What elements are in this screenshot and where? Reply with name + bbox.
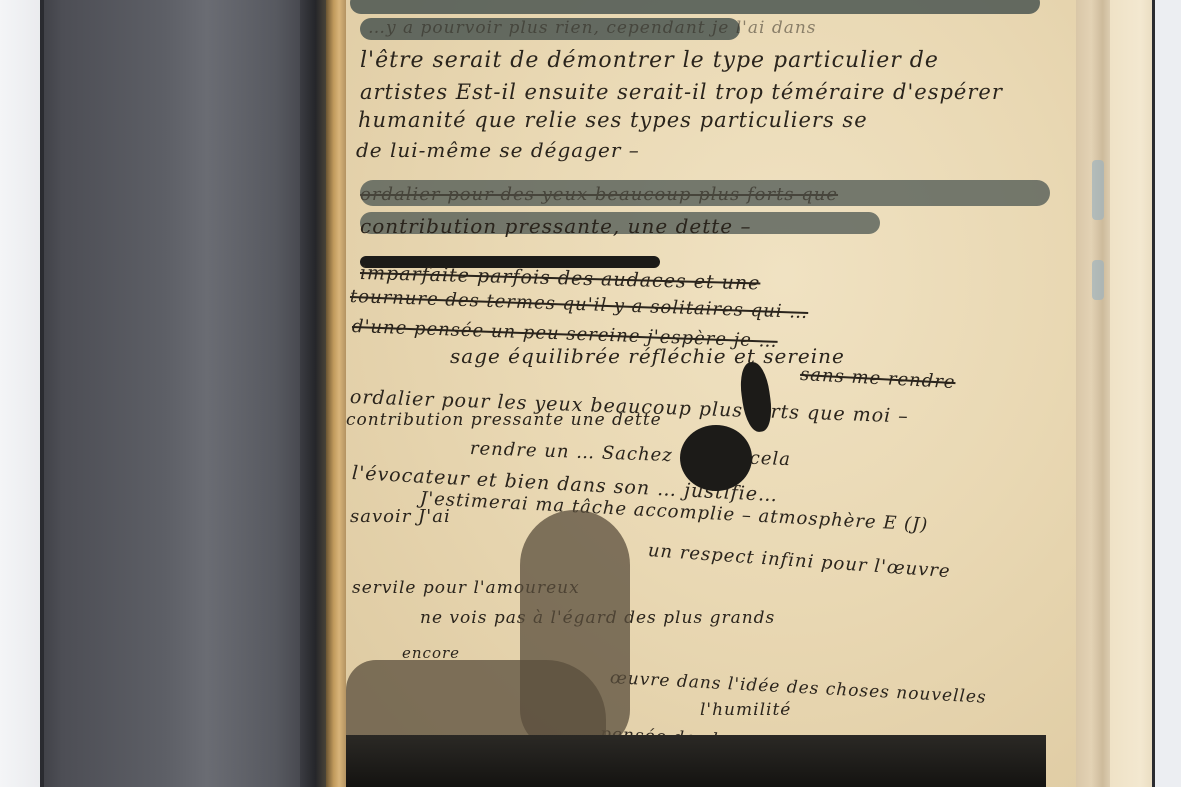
manuscript-line: humanité que relie ses types particulier… [358,108,868,132]
blue-stain [1092,260,1104,300]
binder-rim [300,0,326,787]
ink-heavy-band [346,735,1046,787]
manuscript-line: artistes Est-il ensuite serait-il trop t… [360,80,1003,104]
manuscript-line: …y a pourvoir plus rien, cependant je l'… [368,18,817,38]
binder-spine-edge [40,0,44,787]
manuscript-line: contribution pressante une dette [346,410,662,430]
manuscript-line: l'être serait de démontrer le type parti… [360,48,939,73]
page-edge-stack [1076,0,1114,787]
mat-board [1110,0,1154,787]
background-left [0,0,45,787]
manuscript-line: ordalier pour des yeux beaucoup plus for… [360,184,838,205]
blue-stain [1092,160,1104,220]
manuscript-line: contribution pressante, une dette – [360,214,752,238]
manuscript-line: sage équilibrée réfléchie et sereine [450,344,845,368]
background-right [1155,0,1181,787]
gold-frame-edge [326,0,348,787]
ink-brush-stroke [350,0,1040,14]
manuscript-line: l'humilité [700,700,791,720]
ink-blot [680,425,752,491]
binder-cover [40,0,318,787]
manuscript-line: savoir J'ai [350,506,451,527]
manuscript-line: de lui-même se dégager – [356,138,640,162]
